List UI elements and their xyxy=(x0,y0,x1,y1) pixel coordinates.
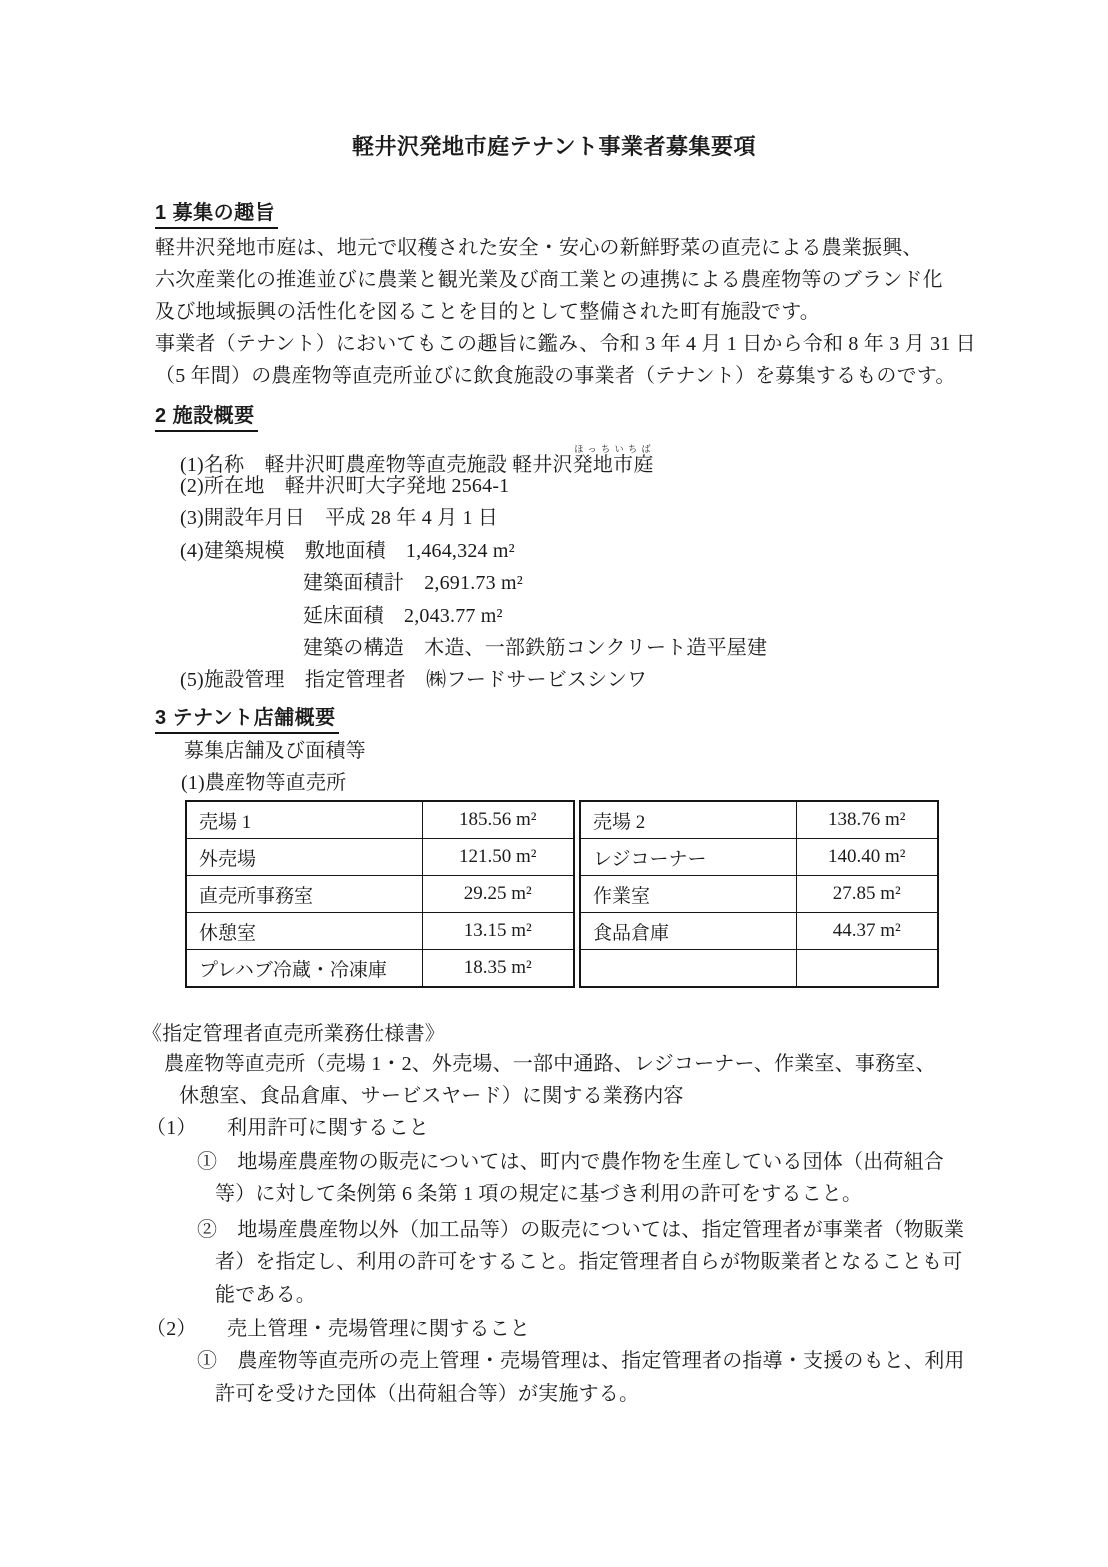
table-row: 休憩室13.15 m² xyxy=(186,913,574,950)
facility-scale-line: (4)建築規模 敷地面積 1,464,324 m² xyxy=(180,541,515,561)
spec-continuation-line: 者）を指定し、利用の許可をすること。指定管理者自らが物販業者となることも可 xyxy=(215,1252,962,1272)
facility-scale-subline: 建築面積計 2,691.73 m² xyxy=(303,573,523,593)
spec-line: 農産物等直売所（売場 1・2、外売場、一部中通路、レジコーナー、作業室、事務室、 xyxy=(164,1054,936,1074)
section3-heading: 3 テナント店舗概要 xyxy=(155,708,339,734)
spec-continuation-line: 許可を受けた団体（出荷組合等）が実施する。 xyxy=(215,1384,639,1404)
spec-item-line: （2） 売上管理・売場管理に関すること xyxy=(146,1319,530,1339)
room-area-cell: 138.76 m² xyxy=(796,801,938,839)
room-area-cell: 29.25 m² xyxy=(422,876,574,913)
room-name-cell: 直売所事務室 xyxy=(186,876,422,913)
facility-opened-line: (3)開設年月日 平成 28 年 4 月 1 日 xyxy=(180,508,498,528)
table-row: 外売場121.50 m² xyxy=(186,839,574,876)
room-name-cell xyxy=(580,950,796,988)
ruby-base: 発地市庭 xyxy=(573,454,654,476)
intro-line: 軽井沢発地市庭は、地元で収穫された安全・安心の新鮮野菜の直売による農業振興、 xyxy=(155,238,923,258)
spec-subitem-line: ① 農産物等直売所の売上管理・売場管理は、指定管理者の指導・支援のもと、利用 xyxy=(197,1351,965,1371)
room-name-cell: 休憩室 xyxy=(186,913,422,950)
table-row: 売場 2138.76 m² xyxy=(580,801,938,839)
spec-heading: 《指定管理者直売所業務仕様書》 xyxy=(142,1024,445,1044)
facility-name-prefix: (1)名称 軽井沢町農産物等直売施設 軽井沢 xyxy=(180,454,573,476)
facility-scale-subline: 延床面積 2,043.77 m² xyxy=(303,606,503,626)
room-area-cell: 27.85 m² xyxy=(796,876,938,913)
table-row: 食品倉庫44.37 m² xyxy=(580,913,938,950)
table-row xyxy=(580,950,938,988)
area-table-left: 売場 1185.56 m² 外売場121.50 m² 直売所事務室29.25 m… xyxy=(185,800,575,988)
section1-heading: 1 募集の趣旨 xyxy=(155,203,278,229)
spec-item-line: （1） 利用許可に関すること xyxy=(146,1118,429,1138)
room-name-cell: 売場 1 xyxy=(186,801,422,839)
room-name-cell: 作業室 xyxy=(580,876,796,913)
intro-line: 事業者（テナント）においてもこの趣旨に鑑み、令和 3 年 4 月 1 日から令和… xyxy=(155,334,976,354)
table-row: 作業室27.85 m² xyxy=(580,876,938,913)
room-name-cell: 売場 2 xyxy=(580,801,796,839)
facility-location-line: (2)所在地 軽井沢町大字発地 2564-1 xyxy=(180,476,509,496)
spec-subitem-line: ② 地場産農産物以外（加工品等）の販売については、指定管理者が事業者（物販業 xyxy=(197,1220,964,1240)
section2-heading: 2 施設概要 xyxy=(155,406,258,432)
intro-line: 及び地域振興の活性化を図ることを目的として整備された町有施設です。 xyxy=(155,302,820,322)
room-name-cell: プレハブ冷蔵・冷凍庫 xyxy=(186,950,422,988)
room-area-cell: 44.37 m² xyxy=(796,913,938,950)
spec-line: 休憩室、食品倉庫、サービスヤード）に関する業務内容 xyxy=(179,1086,684,1106)
document-page: 軽井沢発地市庭テナント事業者募集要項 1 募集の趣旨 軽井沢発地市庭は、地元で収… xyxy=(0,0,1108,1567)
room-area-cell: 121.50 m² xyxy=(422,839,574,876)
room-name-cell: 食品倉庫 xyxy=(580,913,796,950)
spec-continuation-line: 等）に対して条例第 6 条第 1 項の規定に基づき利用の許可をすること。 xyxy=(215,1184,862,1204)
table-row: 直売所事務室29.25 m² xyxy=(186,876,574,913)
intro-line: 六次産業化の推進並びに農業と観光業及び商工業との連携による農産物等のブランド化 xyxy=(155,270,943,290)
table-row: プレハブ冷蔵・冷凍庫18.35 m² xyxy=(186,950,574,988)
intro-line: （5 年間）の農産物等直売所並びに飲食施設の事業者（テナント）を募集するものです… xyxy=(155,366,956,386)
table-row: 売場 1185.56 m² xyxy=(186,801,574,839)
page-title: 軽井沢発地市庭テナント事業者募集要項 xyxy=(0,136,1108,158)
room-area-cell xyxy=(796,950,938,988)
tenant-lead-line: 募集店舗及び面積等 xyxy=(184,741,366,761)
table-row: レジコーナー140.40 m² xyxy=(580,839,938,876)
room-name-cell: レジコーナー xyxy=(580,839,796,876)
room-area-cell: 185.56 m² xyxy=(422,801,574,839)
facility-name-ruby: 発地市庭ほっちいちば xyxy=(573,454,654,476)
room-area-cell: 140.40 m² xyxy=(796,839,938,876)
room-area-cell: 18.35 m² xyxy=(422,950,574,988)
ruby-reading: ほっちいちば xyxy=(573,444,654,454)
tenant-sublead-line: (1)農産物等直売所 xyxy=(181,773,346,793)
spec-subitem-line: ① 地場産農産物の販売については、町内で農作物を生産している団体（出荷組合 xyxy=(197,1152,944,1172)
facility-management-line: (5)施設管理 指定管理者 ㈱フードサービスシンワ xyxy=(180,670,647,690)
facility-name-line: (1)名称 軽井沢町農産物等直売施設 軽井沢発地市庭ほっちいちば xyxy=(180,444,654,475)
spec-continuation-line: 能である。 xyxy=(215,1285,316,1305)
room-area-cell: 13.15 m² xyxy=(422,913,574,950)
facility-scale-subline: 建築の構造 木造、一部鉄筋コンクリート造平屋建 xyxy=(303,638,767,658)
area-table-right: 売場 2138.76 m² レジコーナー140.40 m² 作業室27.85 m… xyxy=(579,800,939,988)
area-table: 売場 1185.56 m² 外売場121.50 m² 直売所事務室29.25 m… xyxy=(185,800,939,988)
room-name-cell: 外売場 xyxy=(186,839,422,876)
